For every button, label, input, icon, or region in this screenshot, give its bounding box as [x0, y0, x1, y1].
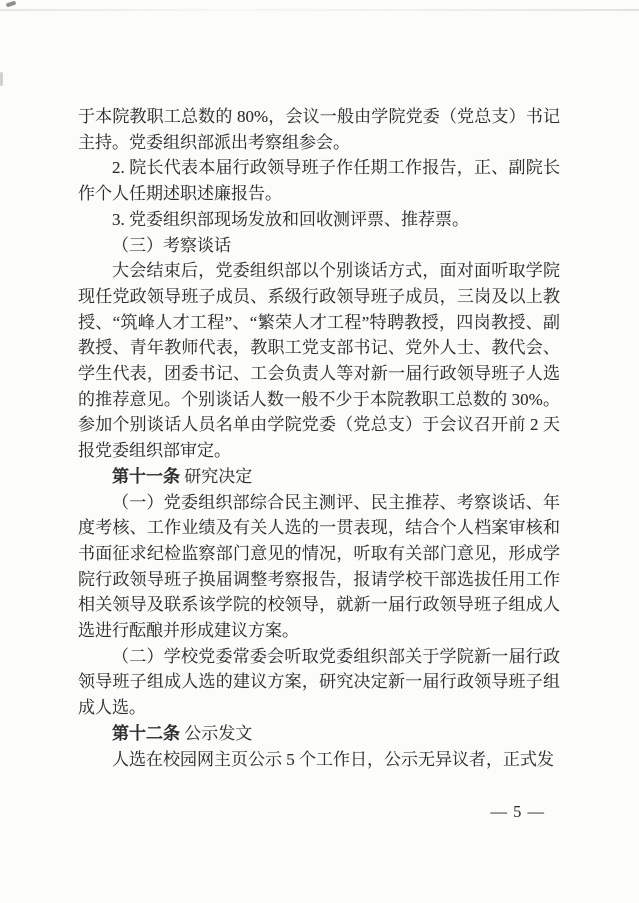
- body-paragraph: 人选在校园网主页公示 5 个工作日，公示无异议者，正式发: [78, 747, 560, 773]
- paragraph-text: 大会结束后，党委组织部以个别谈话方式，面对面听取学院现任党政领导班子成员、系级行…: [78, 261, 560, 460]
- article-title-text: 公示发文: [180, 724, 252, 743]
- document-body: 于本院教职工总数的 80%，会议一般由学院党委（党总支）书记主持。党委组织部派出…: [78, 104, 560, 772]
- paragraph-text: （一）党委组织部综合民主测评、民主推荐、考察谈话、年度考核、工作业绩及有关人选的…: [78, 493, 560, 641]
- article-number-bold: 第十二条: [112, 724, 180, 743]
- article-title-text: 研究决定: [180, 467, 252, 486]
- article-number-bold: 第十一条: [112, 467, 180, 486]
- page-number: — 5 —: [491, 802, 546, 822]
- body-paragraph: 3. 党委组织部现场发放和回收测评票、推荐票。: [78, 207, 560, 233]
- body-paragraph: （一）党委组织部综合民主测评、民主推荐、考察谈话、年度考核、工作业绩及有关人选的…: [78, 490, 560, 644]
- paragraph-text: 2. 院长代表本届行政领导班子作任期工作报告，正、副院长作个人任期述职述廉报告。: [78, 158, 560, 203]
- paragraph-text: 人选在校园网主页公示 5 个工作日，公示无异议者，正式发: [112, 750, 554, 769]
- scan-artifact-top-edge: [0, 9, 639, 11]
- paragraph-text: 于本院教职工总数的 80%，会议一般由学院党委（党总支）书记主持。党委组织部派出…: [78, 107, 560, 152]
- scanned-document-page: 于本院教职工总数的 80%，会议一般由学院党委（党总支）书记主持。党委组织部派出…: [0, 0, 639, 903]
- section-heading: （三）考察谈话: [78, 233, 560, 259]
- paragraph-text: （二）学校党委常委会听取党委组织部关于学院新一届行政领导班子组成人选的建议方案，…: [78, 647, 560, 717]
- article-12-heading: 第十二条 公示发文: [78, 721, 560, 747]
- paragraph-text: （三）考察谈话: [112, 236, 231, 255]
- paragraph-text: 3. 党委组织部现场发放和回收测评票、推荐票。: [112, 210, 469, 229]
- scan-artifact-left-smudge: [0, 72, 3, 86]
- article-11-heading: 第十一条 研究决定: [78, 464, 560, 490]
- body-paragraph: （二）学校党委常委会听取党委组织部关于学院新一届行政领导班子组成人选的建议方案，…: [78, 644, 560, 721]
- body-paragraph: 2. 院长代表本届行政领导班子作任期工作报告，正、副院长作个人任期述职述廉报告。: [78, 155, 560, 206]
- body-paragraph: 大会结束后，党委组织部以个别谈话方式，面对面听取学院现任党政领导班子成员、系级行…: [78, 258, 560, 464]
- scan-artifact-speck: [6, 1, 17, 8]
- body-paragraph: 于本院教职工总数的 80%，会议一般由学院党委（党总支）书记主持。党委组织部派出…: [78, 104, 560, 155]
